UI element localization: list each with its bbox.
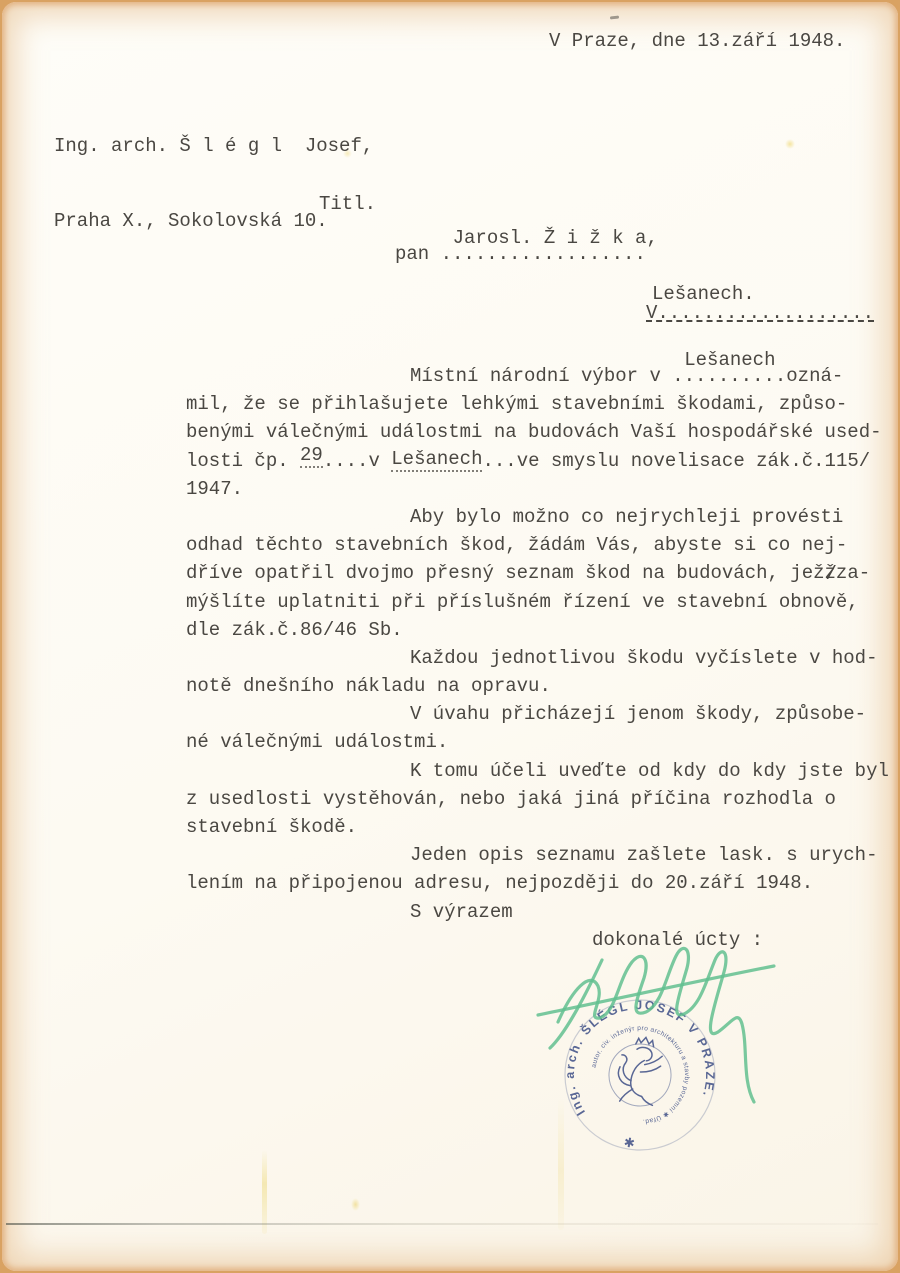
body-line: V úvahu přicházejí jenom škody, způsobe- xyxy=(186,702,888,730)
body-text: V úvahu přicházejí jenom škody, způsobe- xyxy=(410,703,866,725)
sender-name: Ing. arch. Š l é g l Josef, xyxy=(54,134,373,159)
stray-ink-mark xyxy=(610,16,619,20)
body-text: dříve opatřil dvojmo přesný seznam škod … xyxy=(186,562,825,584)
body-text: ...ve smyslu novelisace zák.č.115/ xyxy=(482,450,870,472)
body-text: mýšlíte uplatniti při příslušném řízení … xyxy=(186,591,859,613)
struck-character: ž xyxy=(825,562,836,584)
body-text: Jeden opis seznamu zašlete lask. s urych… xyxy=(410,844,877,866)
typed-over-blank: 29 xyxy=(300,444,323,468)
body-text: mil, že se přihlašujete lehkými stavební… xyxy=(186,393,847,415)
body-line: Jeden opis seznamu zašlete lask. s urych… xyxy=(186,843,888,871)
addressee-dots: ..................Jarosl. Ž i ž k a, xyxy=(441,242,646,267)
fill-blank: ..........Lešanech xyxy=(672,364,786,389)
paper-stain xyxy=(351,1198,360,1211)
body-text: benými válečnými událostmi na budovách V… xyxy=(186,421,882,443)
body-line: dříve opatřil dvojmo přesný seznam škod … xyxy=(186,561,888,589)
addressee-line: pan ..................Jarosl. Ž i ž k a, xyxy=(395,242,646,267)
body-text: Místní národní výbor v xyxy=(410,365,672,387)
body-line: mil, že se přihlašujete lehkými stavební… xyxy=(186,392,888,420)
signature-stroke xyxy=(558,948,754,1102)
body-line: stavební škodě. xyxy=(186,815,888,843)
body-line: S výrazem xyxy=(186,900,888,928)
typed-above-blank: Lešanech xyxy=(684,348,775,373)
body-line: benými válečnými událostmi na budovách V… xyxy=(186,420,888,448)
addressee-name: Jarosl. Ž i ž k a, xyxy=(453,226,658,251)
body-text: K tomu účeli uveďte od kdy do kdy jste b… xyxy=(410,760,889,782)
body-text: ozná- xyxy=(786,365,843,387)
body-line: odhad těchto stavebních škod, žádám Vás,… xyxy=(186,533,888,561)
body-text: ....v xyxy=(323,450,391,472)
body-text: stavební škodě. xyxy=(186,816,357,838)
date-line: V Praze, dne 13.září 1948. xyxy=(549,29,845,54)
body-text: notě dnešního nákladu na opravu. xyxy=(186,675,551,697)
body-text: lením na připojenou adresu, nejpozději d… xyxy=(186,872,813,894)
paper-sheet: V Praze, dne 13.září 1948. Ing. arch. Š … xyxy=(2,2,898,1271)
body-text: dle zák.č.86/46 Sb. xyxy=(186,619,403,641)
paper-stain xyxy=(785,139,795,149)
body-line: Každou jednotlivou škodu vyčíslete v hod… xyxy=(186,646,888,674)
body-text: Aby bylo možno co nejrychleji provésti xyxy=(410,506,843,528)
body-text: z usedlosti vystěhován, nebo jaká jiná p… xyxy=(186,788,836,810)
body-text: S výrazem xyxy=(410,901,513,923)
stamp-star-icon: ✱ xyxy=(623,1134,636,1151)
signature-stroke xyxy=(538,966,774,1015)
body-line: 1947. xyxy=(186,477,888,505)
body-line: Aby bylo možno co nejrychleji provésti xyxy=(186,505,888,533)
body-line: né válečnými událostmi. xyxy=(186,730,888,758)
typed-over-blank: Lešanech xyxy=(391,448,482,472)
salutation: Titl. xyxy=(319,192,376,217)
body-line: mýšlíte uplatniti při příslušném řízení … xyxy=(186,590,888,618)
body-text: né válečnými událostmi. xyxy=(186,731,448,753)
body-text: za- xyxy=(836,562,870,584)
body-line: notě dnešního nákladu na opravu. xyxy=(186,674,888,702)
body-line: losti čp. 29....v Lešanech...ve smyslu n… xyxy=(186,449,888,477)
body-text: losti čp. xyxy=(186,450,300,472)
signature xyxy=(522,932,802,1122)
body-line: Místní národní výbor v ..........Lešanec… xyxy=(186,364,888,392)
body-text: odhad těchto stavebních škod, žádám Vás,… xyxy=(186,534,847,556)
body-line: lením na připojenou adresu, nejpozději d… xyxy=(186,871,888,899)
letter-body: Místní národní výbor v ..........Lešanec… xyxy=(186,364,888,956)
body-line: K tomu účeli uveďte od kdy do kdy jste b… xyxy=(186,759,888,787)
body-text: Každou jednotlivou škodu vyčíslete v hod… xyxy=(410,647,877,669)
addressee-place-line: V................... xyxy=(646,301,874,326)
fold-crease xyxy=(6,1223,878,1225)
paper-stain xyxy=(262,1150,267,1234)
sender-block: Ing. arch. Š l é g l Josef, Praha X., So… xyxy=(54,84,373,284)
scanned-letter-page: V Praze, dne 13.září 1948. Ing. arch. Š … xyxy=(0,0,900,1273)
pan-label: pan xyxy=(395,243,441,265)
body-text: 1947. xyxy=(186,478,243,500)
body-line: z usedlosti vystěhován, nebo jaká jiná p… xyxy=(186,787,888,815)
body-line: dle zák.č.86/46 Sb. xyxy=(186,618,888,646)
